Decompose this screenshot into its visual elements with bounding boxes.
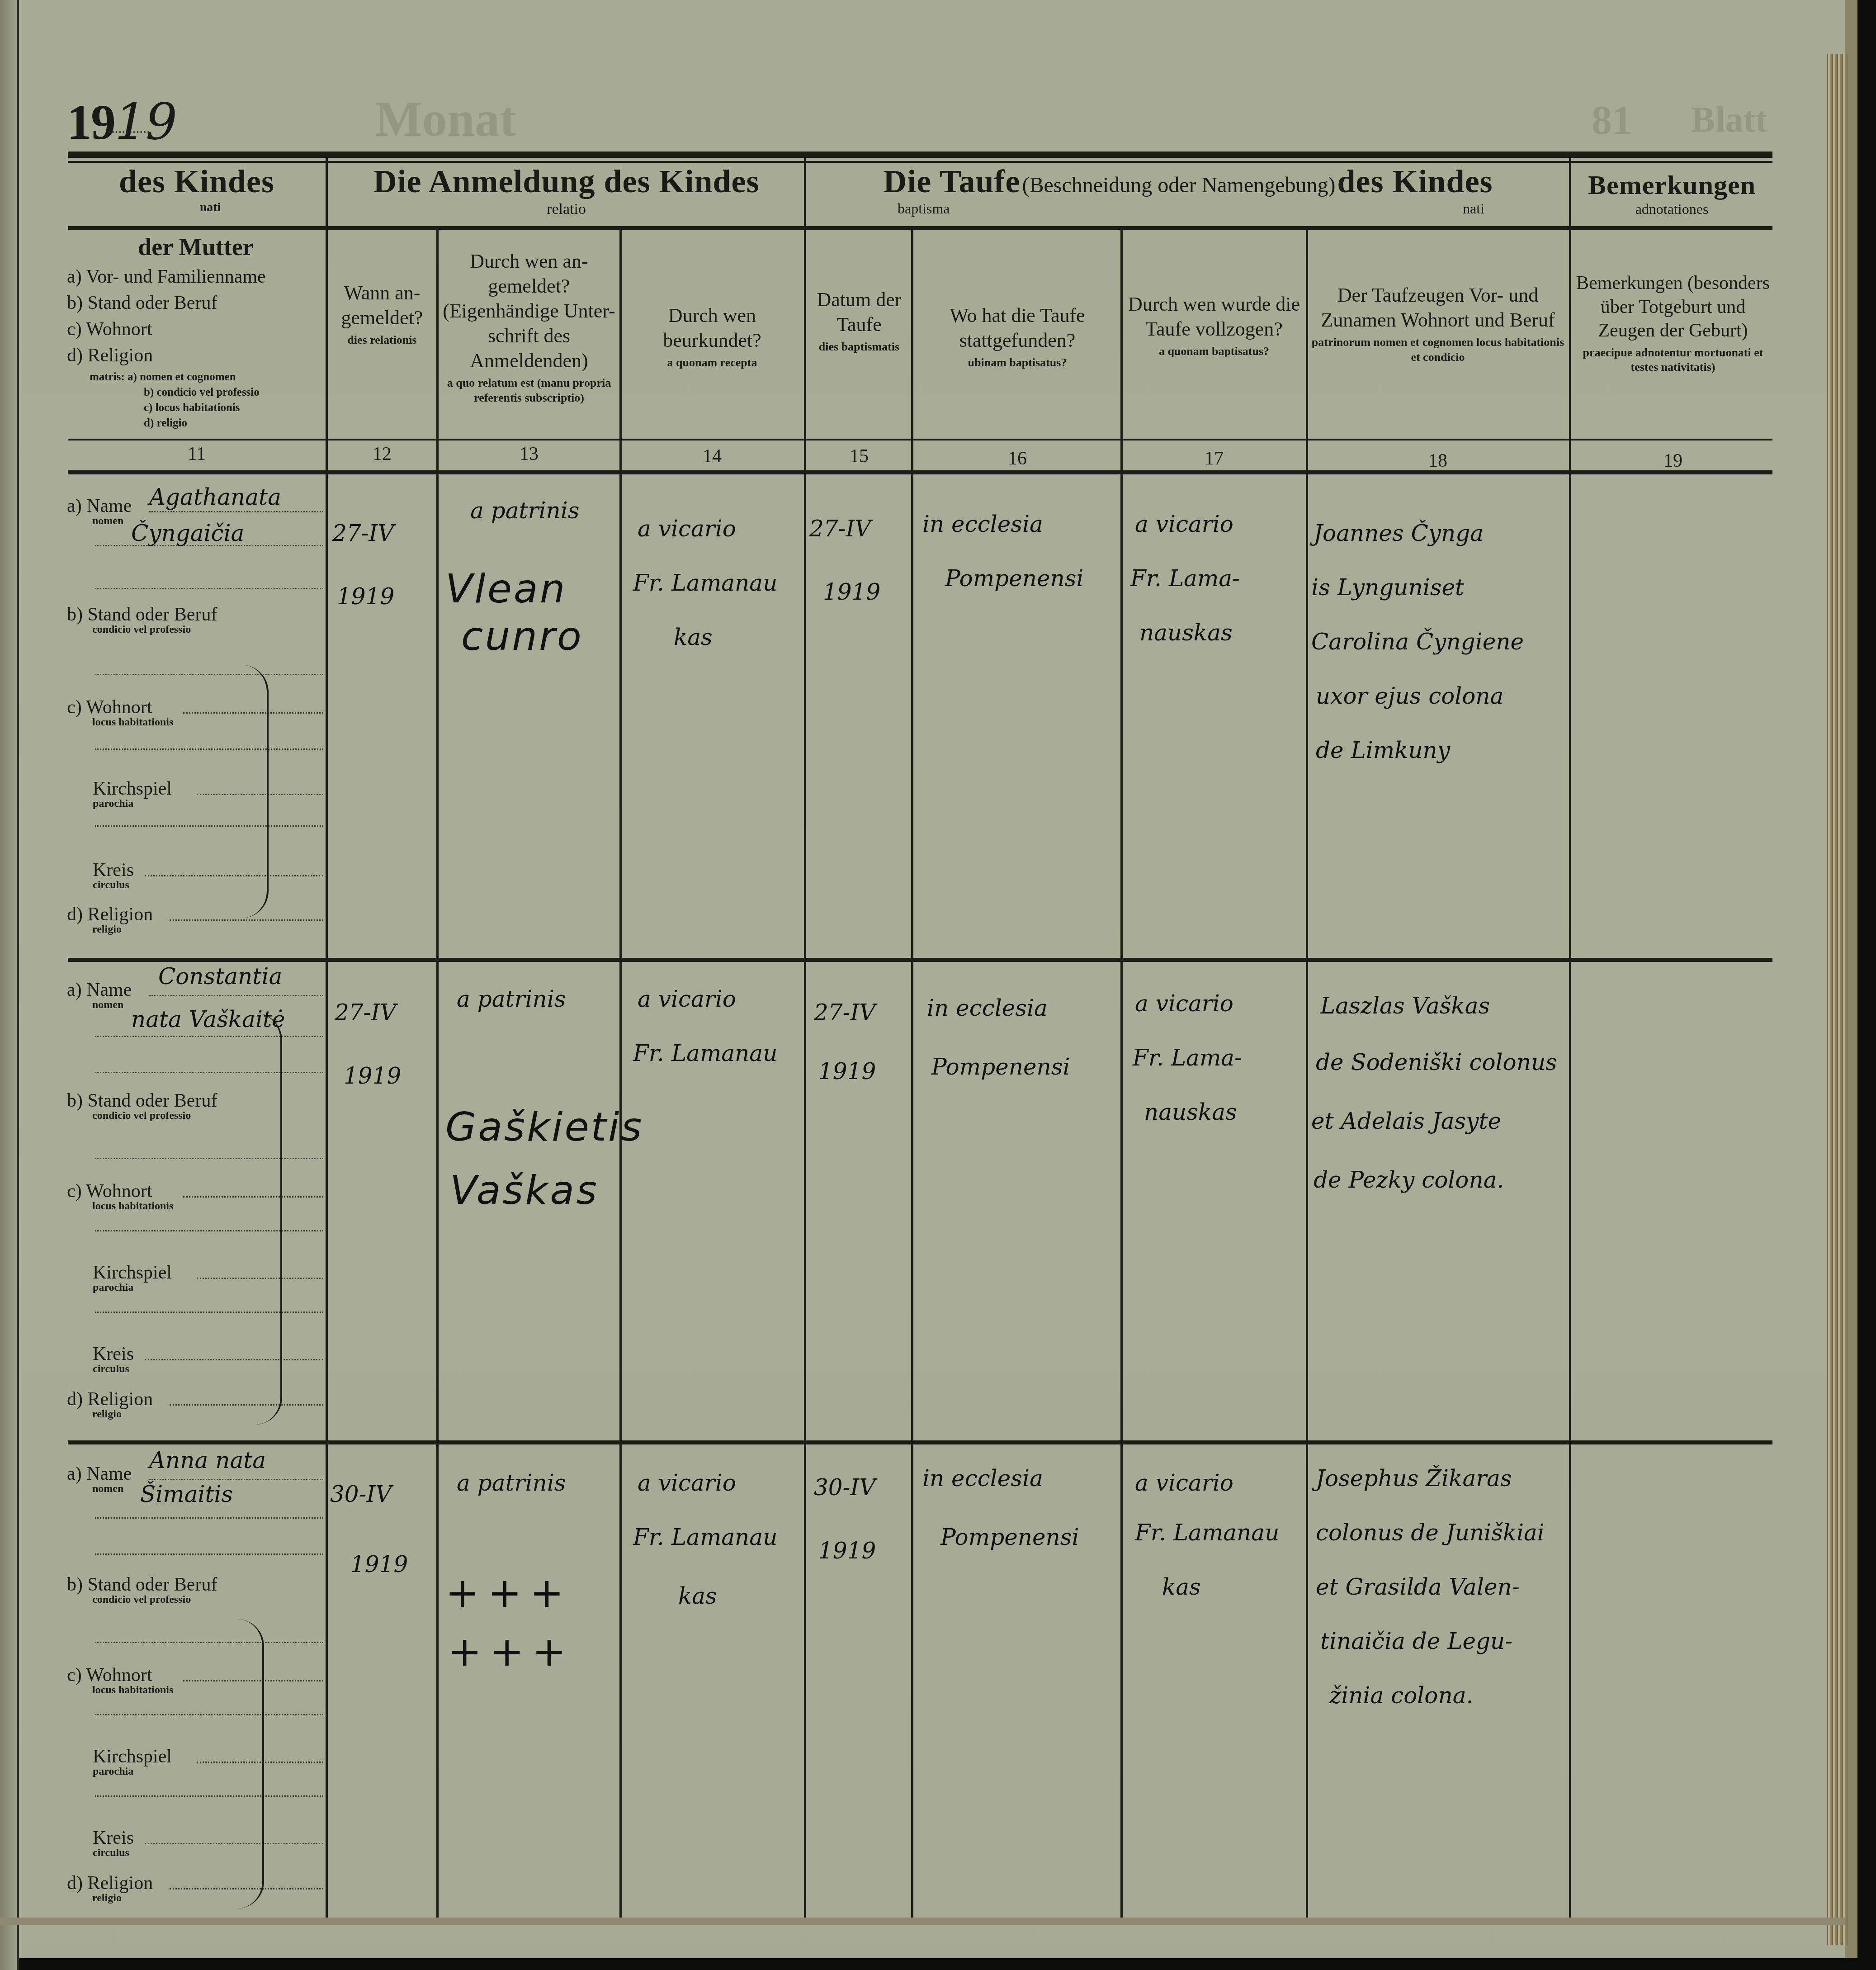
godparents-line3: Carolina Čyngiene (1311, 629, 1524, 655)
recorded-by-line3: kas (674, 624, 713, 650)
baptism-place-line1: in ecclesia (927, 995, 1048, 1021)
label-stand: b) Stand oder Berufcondicio vel professi… (67, 1090, 217, 1122)
col-num-19: 19 (1574, 450, 1772, 472)
register-page: Monat Blatt 81 1919 des Kindes nati Die … (0, 0, 1857, 1958)
label-kreis-text: Kreis (93, 860, 134, 881)
dotted-line (95, 1795, 323, 1797)
brace-mark (235, 1619, 264, 1908)
godparents-line4: uxor ejus colona (1316, 683, 1503, 709)
signature-line2: cunro (461, 613, 583, 659)
mother-surname: nata Vaškaitė (131, 1006, 285, 1032)
col-18-title: Der Taufzeugen Vor- und Zunamen Wohnort … (1309, 283, 1567, 332)
col-divider (911, 228, 913, 1918)
col-17-latin: a quonam baptisatus? (1124, 344, 1304, 359)
label-kreis: Kreiscirculus (93, 1827, 134, 1859)
latin-prefix: matris: (90, 371, 125, 383)
col-16-title: Wo hat die Taufe stattgefunden? (913, 303, 1121, 353)
label-stand-latin: condicio vel professio (92, 1110, 217, 1122)
label-stand-text: b) Stand oder Beruf (67, 604, 217, 625)
godparents-line3: et Grasilda Valen- (1316, 1574, 1520, 1600)
baptism-year: 1919 (823, 579, 880, 605)
col-15-title: Datum der Taufe (807, 287, 911, 337)
entry-separator (68, 1440, 1772, 1444)
label-wohnort: c) Wohnortlocus habitationis (67, 1664, 173, 1696)
label-name-latin: nomen (92, 999, 132, 1011)
registered-by: a patrinis (457, 1470, 566, 1496)
label-kreis-text: Kreis (93, 1828, 134, 1848)
godparents-line2: de Sodeniški colonus (1316, 1049, 1557, 1075)
latin-row-d: d) religio (144, 417, 325, 430)
dotted-line (95, 1158, 323, 1159)
godparents-line1: Josephus Žikaras (1316, 1465, 1512, 1492)
label-religion-text: d) Religion (67, 1389, 153, 1410)
col-14-title: Durch wen beurkundet? (622, 303, 803, 353)
dotted-line (149, 1479, 323, 1480)
number-row-top (68, 439, 1772, 440)
signature-crosses-line2: +++ (448, 1628, 574, 1676)
dotted-line (145, 1359, 323, 1360)
godparents-line3: et Adelais Jasyte (1311, 1108, 1501, 1134)
baptized-by-line1: a vicario (1135, 990, 1233, 1017)
col-num-16: 16 (913, 448, 1121, 469)
col-divider (804, 158, 806, 1918)
dotted-line (95, 1036, 323, 1037)
label-stand: b) Stand oder Berufcondicio vel professi… (67, 604, 217, 636)
label-name-latin: nomen (92, 1483, 132, 1495)
col-12-latin: dies relationis (328, 333, 436, 348)
godparents-line2: colonus de Juniškiai (1316, 1520, 1545, 1546)
baptism-date: 27-IV (809, 516, 871, 542)
label-stand-latin: condicio vel professio (92, 1594, 217, 1606)
header-child: des Kindes nati (68, 163, 326, 226)
year-label: 1919 (67, 93, 176, 151)
year-handwritten: 19 (115, 93, 176, 151)
godparents-line4: tinaičia de Legu- (1320, 1628, 1512, 1654)
col-15-header: Datum der Taufe dies baptismatis (807, 287, 911, 355)
col-19-title: Bemerkungen (besonders über Totgeburt un… (1574, 271, 1772, 343)
baptism-place-line1: in ecclesia (922, 1465, 1043, 1492)
label-wohnort-latin: locus habitationis (92, 1200, 173, 1212)
godparents-line1: Laszlas Vaškas (1320, 993, 1490, 1019)
registered-year: 1919 (350, 1551, 408, 1577)
label-religion-text: d) Religion (67, 1873, 153, 1894)
dotted-line (95, 1230, 323, 1231)
baptized-by-line1: a vicario (1135, 1470, 1233, 1496)
baptism-year: 1919 (818, 1538, 876, 1564)
label-stand-text: b) Stand oder Beruf (67, 1574, 217, 1595)
registered-year: 1919 (337, 583, 394, 610)
recorded-by-line1: a vicario (638, 1470, 736, 1496)
col-12-header: Wann an- gemeldet? dies relationis (328, 280, 436, 348)
label-name-text: a) Name (67, 1463, 132, 1484)
registered-date: 27-IV (332, 520, 394, 546)
header-child-title: des Kindes (68, 163, 326, 200)
col-divider (1306, 228, 1308, 1918)
header-registration-latin: relatio (328, 200, 805, 218)
baptism-year: 1919 (818, 1058, 876, 1084)
label-name: a) Namenomen (67, 1463, 132, 1495)
mother-header-latin: matris: a) nomen et cognomen (90, 370, 325, 384)
col-divider (326, 158, 328, 1918)
baptized-by-line2: Fr. Lamanau (1135, 1520, 1279, 1546)
recorded-by-line2: Fr. Lamanau (633, 570, 777, 596)
mother-header-row-d: d) Religion (67, 342, 325, 369)
col-17-header: Durch wen wurde die Taufe vollzogen? a q… (1124, 292, 1304, 359)
dotted-line (170, 1404, 323, 1406)
page-edge (1827, 54, 1848, 1945)
label-wohnort-text: c) Wohnort (67, 697, 152, 718)
recorded-by-line2: Fr. Lamanau (633, 1524, 777, 1550)
col-13-latin: a quo relatum est (manu propria referent… (439, 376, 619, 405)
col-12-title: Wann an- gemeldet? (328, 280, 436, 330)
recorded-by-line3: kas (678, 1583, 717, 1609)
col-14-latin: a quonam recepta (622, 355, 803, 370)
header-baptism-title-end: des Kindes (1337, 163, 1493, 199)
header-baptism-latin: baptisma (898, 200, 950, 217)
label-kirchspiel-latin: parochia (93, 1282, 172, 1294)
label-kreis-latin: circulus (93, 1847, 134, 1859)
registered-by: a patrinis (457, 986, 566, 1012)
baptism-place-line1: in ecclesia (922, 511, 1043, 537)
dotted-line (95, 825, 323, 827)
registered-year: 1919 (344, 1063, 401, 1089)
brace-mark (240, 665, 269, 918)
mother-name: Agathanata (149, 484, 281, 510)
mother-surname: Šimaitis (140, 1481, 233, 1507)
recorded-by-line1: a vicario (638, 986, 736, 1012)
label-religion-text: d) Religion (67, 904, 153, 925)
label-name: a) Namenomen (67, 495, 132, 527)
baptized-by-line2: Fr. Lama- (1130, 565, 1240, 592)
header-remarks-latin: adnotationes (1571, 201, 1772, 218)
col-18-latin: patrinorum nomen et cognomen locus habit… (1309, 335, 1567, 365)
dotted-line (95, 1714, 323, 1715)
latin-row-b: b) condicio vel professio (144, 386, 325, 399)
dotted-line (95, 1072, 323, 1073)
registered-date: 30-IV (330, 1481, 392, 1507)
signature-line1: Vlean (445, 565, 567, 612)
label-kreis: Kreiscirculus (93, 859, 134, 891)
mother-name: Anna nata (149, 1447, 266, 1473)
label-religion: d) Religionreligio (67, 1872, 153, 1904)
col-18-header: Der Taufzeugen Vor- und Zunamen Wohnort … (1309, 283, 1567, 365)
label-kirchspiel-text: Kirchspiel (93, 1746, 172, 1767)
col-divider (436, 228, 439, 1918)
col-divider (1569, 158, 1571, 1918)
baptized-by-line3: kas (1162, 1574, 1201, 1600)
label-wohnort-text: c) Wohnort (67, 1181, 152, 1202)
label-kirchspiel: Kirchspielparochia (93, 1262, 172, 1294)
col-num-12: 12 (328, 443, 436, 465)
header-remarks: Bemerkungen adnotationes (1571, 170, 1772, 228)
page-bottom-edge (0, 1918, 1845, 1925)
label-kirchspiel-text: Kirchspiel (93, 778, 172, 799)
mother-header: der Mutter a) Vor- und Familienname b) S… (67, 233, 325, 430)
godparents-line5: de Limkuny (1316, 737, 1450, 763)
col-13-header: Durch wen an- gemeldet? (Eigenhändige Un… (439, 249, 619, 405)
col-num-18: 18 (1309, 450, 1567, 472)
bleed-blatt-number: 81 (1592, 97, 1632, 144)
baptized-by-line1: a vicario (1135, 511, 1233, 537)
baptism-date: 30-IV (814, 1474, 875, 1501)
label-kirchspiel: Kirchspielparochia (93, 778, 172, 810)
godparents-line2: is Lynguniset (1311, 574, 1464, 601)
col-num-15: 15 (807, 445, 911, 467)
baptism-place-line2: Pompenensi (940, 1524, 1079, 1550)
col-divider (619, 228, 622, 1918)
header-registration-title: Die Anmeldung des Kindes (328, 163, 805, 200)
mother-header-row-a: a) Vor- und Familienname (67, 264, 325, 290)
entry-separator (68, 958, 1772, 962)
label-wohnort: c) Wohnortlocus habitationis (67, 696, 173, 729)
latin-row-c: c) locus habitationis (144, 401, 325, 415)
header-registration: Die Anmeldung des Kindes relatio (328, 163, 805, 226)
label-name-text: a) Name (67, 496, 132, 516)
label-wohnort-latin: locus habitationis (92, 716, 173, 729)
godparents-line4: de Pezky colona. (1314, 1167, 1504, 1193)
year-printed: 19 (67, 95, 115, 150)
dotted-line (145, 1843, 323, 1844)
label-religion-latin: religio (92, 1408, 153, 1421)
signature-line2: Vaškas (450, 1167, 599, 1213)
label-stand: b) Stand oder Berufcondicio vel professi… (67, 1574, 217, 1606)
book-binding (0, 0, 19, 1970)
label-religion-latin: religio (92, 1892, 153, 1904)
label-kirchspiel-text: Kirchspiel (93, 1262, 172, 1283)
dotted-line (95, 1312, 323, 1313)
dotted-line (95, 748, 323, 750)
registered-date: 27-IV (335, 999, 396, 1026)
col-num-11: 11 (68, 443, 326, 465)
mother-header-row-b: b) Stand oder Beruf (67, 290, 325, 316)
mother-name: Constantia (158, 963, 282, 990)
col-divider (1120, 228, 1123, 1918)
signature-crosses-line1: +++ (445, 1569, 572, 1617)
bleed-monat: Monat (375, 90, 516, 148)
baptism-date: 27-IV (814, 999, 875, 1026)
label-name-text: a) Name (67, 980, 132, 1000)
baptized-by-line2: Fr. Lama- (1133, 1045, 1242, 1071)
baptism-place-line2: Pompenensi (945, 565, 1083, 592)
dotted-line (95, 1517, 323, 1519)
header-divider (68, 226, 1772, 230)
col-19-latin: praecipue adnotentur mortuonati et teste… (1574, 346, 1772, 375)
dotted-line (95, 588, 323, 589)
baptism-place-line2: Pompenensi (931, 1054, 1070, 1080)
latin-row-a: a) nomen et cognomen (128, 371, 236, 383)
top-rule (68, 152, 1772, 158)
dotted-line (170, 919, 323, 921)
col-14-header: Durch wen beurkundet? a quonam recepta (622, 303, 803, 370)
dotted-line (145, 875, 323, 876)
col-15-latin: dies baptismatis (807, 340, 911, 355)
col-num-14: 14 (622, 445, 803, 467)
header-baptism-latin-end: nati (1463, 200, 1484, 217)
label-stand-latin: condicio vel professio (92, 624, 217, 636)
dotted-line (95, 1553, 323, 1555)
col-num-13: 13 (439, 443, 619, 465)
recorded-by-line2: Fr. Lamanau (633, 1040, 777, 1066)
col-17-title: Durch wen wurde die Taufe vollzogen? (1124, 292, 1304, 341)
label-religion: d) Religionreligio (67, 1388, 153, 1421)
label-kreis-text: Kreis (93, 1344, 134, 1364)
col-num-17: 17 (1124, 448, 1304, 469)
label-kreis-latin: circulus (93, 1363, 134, 1375)
label-kirchspiel-latin: parochia (93, 798, 172, 810)
label-kirchspiel: Kirchspielparochia (93, 1746, 172, 1778)
col-13-title: Durch wen an- gemeldet? (Eigenhändige Un… (439, 249, 619, 373)
header-baptism-title: Die Taufe (883, 163, 1020, 199)
label-religion: d) Religionreligio (67, 904, 153, 936)
label-wohnort-text: c) Wohnort (67, 1665, 152, 1686)
label-stand-text: b) Stand oder Beruf (67, 1090, 217, 1111)
header-baptism: Die Taufe (Beschneidung oder Namengebung… (807, 163, 1569, 226)
label-name: a) Namenomen (67, 979, 132, 1011)
header-remarks-title: Bemerkungen (1571, 170, 1772, 201)
dotted-line (95, 1642, 323, 1643)
godparents-line1: Joannes Čynga (1314, 520, 1484, 546)
mother-header-row-c: c) Wohnort (67, 316, 325, 342)
label-wohnort: c) Wohnortlocus habitationis (67, 1180, 173, 1212)
label-religion-latin: religio (92, 923, 153, 936)
baptized-by-line3: nauskas (1144, 1099, 1237, 1125)
signature-line1: Gaškietis (445, 1103, 643, 1150)
mother-surname: Čyngaičia (131, 520, 244, 546)
label-kreis: Kreiscirculus (93, 1343, 134, 1375)
header-baptism-paren: (Beschneidung oder Namengebung) (1022, 173, 1335, 197)
col-16-header: Wo hat die Taufe stattgefunden? ubinam b… (913, 303, 1121, 370)
col-19-header: Bemerkungen (besonders über Totgeburt un… (1574, 271, 1772, 375)
col-16-latin: ubinam baptisatus? (913, 355, 1121, 370)
baptized-by-line3: nauskas (1139, 620, 1233, 646)
brace-mark (253, 1013, 282, 1425)
number-row-bottom (68, 470, 1772, 474)
recorded-by-line1: a vicario (638, 516, 736, 542)
bleed-blatt: Blatt (1691, 99, 1767, 141)
godparents-line5: žinia colona. (1329, 1682, 1473, 1709)
label-kreis-latin: circulus (93, 879, 134, 891)
mother-header-title: der Mutter (67, 233, 325, 261)
label-wohnort-latin: locus habitationis (92, 1684, 173, 1696)
label-name-latin: nomen (92, 515, 132, 527)
dotted-line (95, 674, 323, 675)
header-child-latin: nati (95, 200, 326, 215)
dotted-line (149, 995, 323, 996)
year-dotted-line (109, 131, 149, 133)
dotted-line (149, 511, 323, 512)
label-kirchspiel-latin: parochia (93, 1766, 172, 1778)
registered-by: a patrinis (470, 497, 579, 524)
